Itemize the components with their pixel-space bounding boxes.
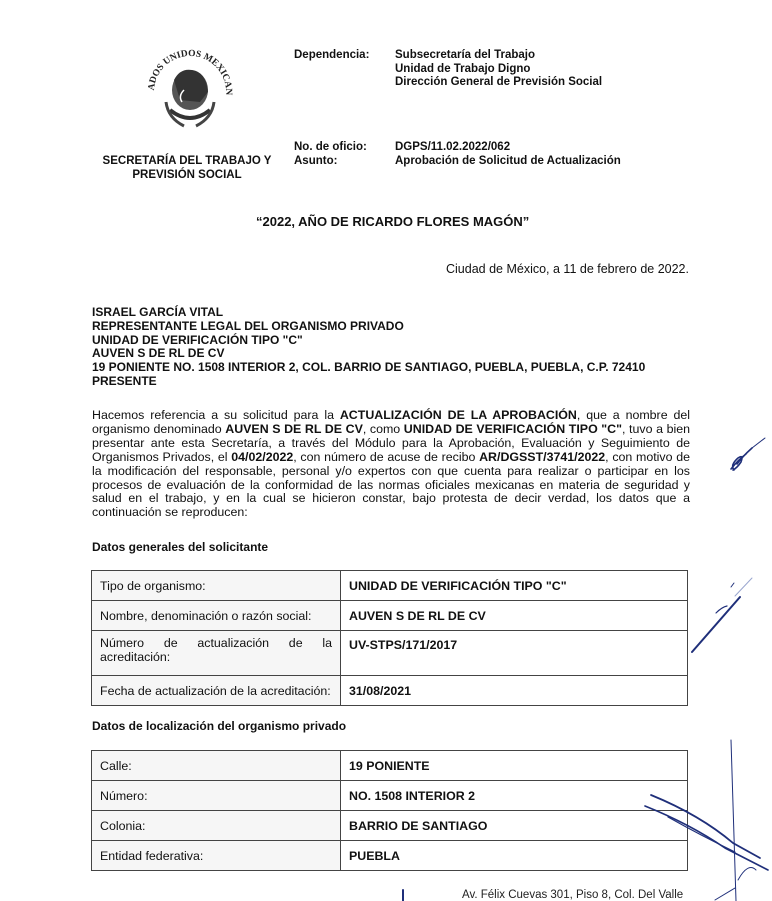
pen-initial-mark-icon [0, 0, 772, 901]
